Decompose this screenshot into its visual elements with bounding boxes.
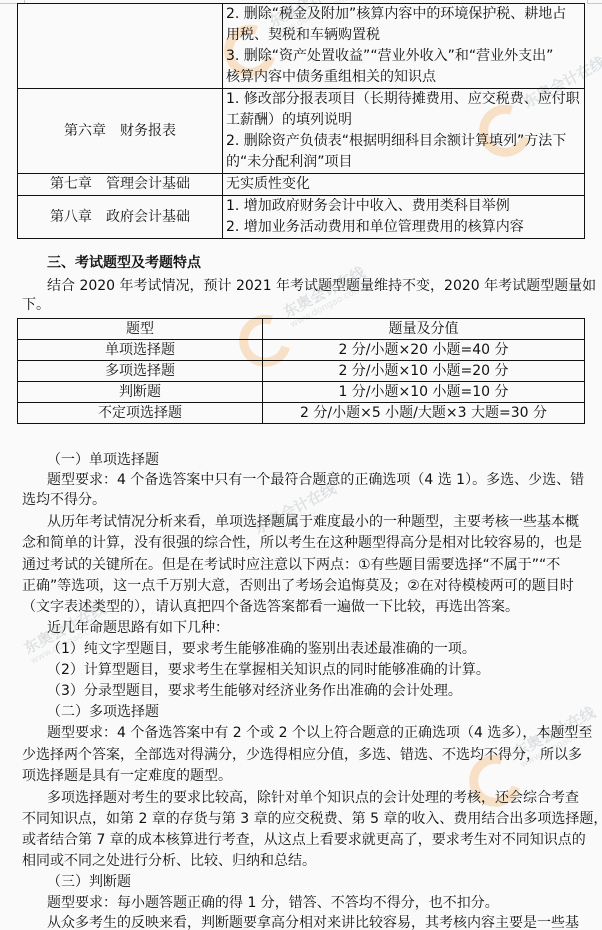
chapter-cell [18, 4, 223, 89]
change-line: 1. 修改部分报表项目（长期待摊费用、应交税费、应付职 [226, 89, 581, 110]
type-cell: 不定项选择题 [18, 403, 263, 424]
score-cell: 1 分/小题×10 小题=10 分 [263, 382, 585, 403]
score-cell: 2 分/小题×10 小题=20 分 [263, 361, 585, 382]
paragraph-line: 从众多考生的反映来看，判断题要拿高分相对来讲比较容易，其考核内容主要是一些基 [47, 913, 579, 930]
change-line: 3. 删除“资产处置收益”“营业外收入”和“营业外支出” [226, 46, 581, 67]
column-header: 题型 [18, 319, 263, 340]
table-row: 第六章 财务报表 1. 修改部分报表项目（长期待摊费用、应交税费、应付职 工薪酬… [18, 89, 585, 174]
paragraph-line: 通过考试的关键所在。但是在考试时应注意以下两点：①有些题目需要选择“不属于”“不 [22, 555, 560, 575]
table-row: 判断题 1 分/小题×10 小题=10 分 [18, 382, 585, 403]
change-line: 无实质性变化 [226, 174, 581, 195]
table-row: 2. 删除“税金及附加”核算内容中的环境保护税、耕地占 用税、契税和车辆购置税 … [18, 4, 585, 89]
change-line: 1. 增加政府财务会计中收入、费用类科目举例 [226, 196, 581, 217]
subsection-title: （三）判断题 [47, 872, 131, 892]
paragraph-line: 多项选择题对考生的要求比较高，除针对单个知识点的会计处理的考核，还会综合考查 [47, 788, 579, 808]
changes-cell: 1. 修改部分报表项目（长期待摊费用、应交税费、应付职 工薪酬）的填列说明 2.… [223, 89, 585, 174]
chapter-cell: 第七章 管理会计基础 [18, 174, 223, 196]
table-row: 不定项选择题 2 分/小题×5 小题/大题×3 大题=30 分 [18, 403, 585, 424]
chapter-cell: 第六章 财务报表 [18, 89, 223, 174]
subsection-title: （二）多项选择题 [47, 702, 159, 722]
column-header: 题量及分值 [263, 319, 585, 340]
paragraph-line: 选均不得分。 [22, 490, 106, 510]
paragraph-line: 从历年考试情况分析来看，单项选择题属于难度最小的一种题型，主要考核一些基本概 [47, 512, 579, 532]
paragraph-line: 正确”等选项，这一点千万别大意，否则出了考场会追悔莫及；②在对待模棱两可的题目时 [22, 576, 574, 596]
section-heading: 三、考试题型及考题特点 [47, 252, 201, 272]
paragraph-line: 题型要求：4 个备选答案中有 2 个或 2 个以上符合题意的正确选项（4 选多）… [47, 723, 592, 743]
page-corner-mark [587, 0, 602, 4]
paragraph-line: 题型要求：每小题答题正确的得 1 分，错答、不答均不得分，也不扣分。 [47, 893, 499, 913]
intro-text: 下。 [22, 295, 50, 315]
table-row: 多项选择题 2 分/小题×10 小题=20 分 [18, 361, 585, 382]
change-line: 2. 删除资产负债表“根据明细科目余额计算填列”方法下 [226, 131, 581, 152]
paragraph-line: （文字表述类型的），请认真把四个备选答案都看一遍做一下比较，再选出答案。 [22, 597, 519, 617]
score-cell: 2 分/小题×5 小题/大题×3 大题=30 分 [263, 403, 585, 424]
change-line: 的“未分配利润”项目 [226, 152, 581, 173]
chapter-changes-table: 2. 删除“税金及附加”核算内容中的环境保护税、耕地占 用税、契税和车辆购置税 … [17, 3, 585, 239]
change-line: 核算内容中债务重组相关的知识点 [226, 67, 581, 88]
paragraph-line: 念和简单的计算，没有很强的综合性，所以考生在这种题型得高分是相对比较容易的，也是 [22, 533, 582, 553]
change-line: 用税、契税和车辆购置税 [226, 25, 581, 46]
paragraph-line: 或者结合第 7 章的成本核算进行考查，从这点上看要求就更高了，要求考生对不同知识… [22, 830, 586, 850]
change-line: 2. 增加业务活动费用和单位管理费用的核算内容 [226, 217, 581, 238]
list-item: （2）计算型题目，要求考生在掌握相关知识点的同时能够准确的计算。 [47, 660, 490, 680]
paragraph-line: 项选择题是具有一定难度的题型。 [22, 766, 232, 786]
changes-cell: 2. 删除“税金及附加”核算内容中的环境保护税、耕地占 用税、契税和车辆购置税 … [223, 4, 585, 89]
type-cell: 判断题 [18, 382, 263, 403]
changes-cell: 无实质性变化 [223, 174, 585, 196]
type-cell: 单项选择题 [18, 340, 263, 361]
list-item: （3）分录型题目，要求考生能够对经济业务作出准确的会计处理。 [47, 681, 462, 701]
paragraph-line: 近几年命题思路有如下几种： [47, 618, 229, 638]
subsection-title: （一）单项选择题 [47, 450, 159, 470]
table-row: 单项选择题 2 分/小题×20 小题=40 分 [18, 340, 585, 361]
paragraph-line: 题型要求：4 个备选答案中只有一个最符合题意的正确选项（4 选 1）。多选、少选… [47, 470, 584, 490]
paragraph-line: 不同知识点，如第 2 章的存货与第 3 章的应交税费、第 5 章的收入、费用结合… [22, 809, 602, 829]
change-line: 2. 删除“税金及附加”核算内容中的环境保护税、耕地占 [226, 4, 581, 25]
question-type-table: 题型 题量及分值 单项选择题 2 分/小题×20 小题=40 分 多项选择题 2… [17, 318, 585, 424]
paragraph-line: 相同或不同之处进行分析、比较、归纳和总结。 [22, 851, 316, 871]
chapter-cell: 第八章 政府会计基础 [18, 196, 223, 239]
paragraph-line: 少选择两个答案，全部选对得满分，少选得相应分值，多选、错选、不选均不得分，所以多 [22, 745, 582, 765]
score-cell: 2 分/小题×20 小题=40 分 [263, 340, 585, 361]
change-line: 工薪酬）的填列说明 [226, 110, 581, 131]
table-row: 第八章 政府会计基础 1. 增加政府财务会计中收入、费用类科目举例 2. 增加业… [18, 196, 585, 239]
table-header-row: 题型 题量及分值 [18, 319, 585, 340]
table-row: 第七章 管理会计基础 无实质性变化 [18, 174, 585, 196]
list-item: （1）纯文字型题目，要求考生能够准确的鉴别出表述最准确的一项。 [47, 639, 476, 659]
intro-text: 结合 2020 年考试情况，预计 2021 年考试题型题量维持不变，2020 年… [47, 276, 596, 296]
type-cell: 多项选择题 [18, 361, 263, 382]
changes-cell: 1. 增加政府财务会计中收入、费用类科目举例 2. 增加业务活动费用和单位管理费… [223, 196, 585, 239]
